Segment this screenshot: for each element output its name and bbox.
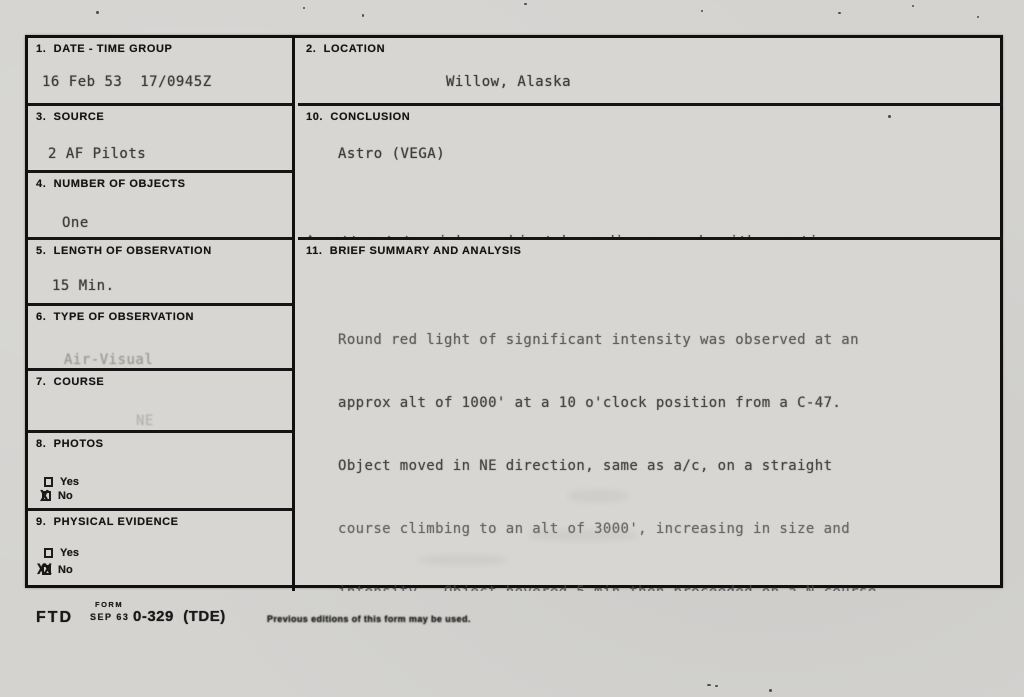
field-source: 3. SOURCE 2 AF Pilots bbox=[28, 106, 295, 173]
summary-line: approx alt of 1000' at a 10 o'clock posi… bbox=[338, 393, 885, 414]
scanned-report-page: 1. DATE - TIME GROUP 16 Feb 53 17/0945Z … bbox=[0, 0, 1024, 697]
field-conclusion: 10. CONCLUSION Astro (VEGA) An attempt t… bbox=[298, 106, 1003, 240]
scan-speck bbox=[96, 11, 99, 14]
field-label: 6. TYPE OF OBSERVATION bbox=[28, 306, 292, 323]
field-label: 2. LOCATION bbox=[298, 38, 1003, 55]
scan-speck bbox=[769, 689, 772, 692]
report-form-table: 1. DATE - TIME GROUP 16 Feb 53 17/0945Z … bbox=[25, 35, 1003, 588]
physical-evidence-no-checkbox bbox=[42, 565, 51, 575]
scan-speck bbox=[912, 5, 914, 7]
form-word: FORM bbox=[95, 600, 123, 609]
conclusion-note-line: An attempt to pick up object by radio wa… bbox=[306, 232, 871, 240]
brief-summary-text: Round red light of significant intensity… bbox=[338, 288, 885, 591]
field-value: 16 Feb 53 17/0945Z bbox=[42, 74, 212, 90]
photos-yes-checkbox bbox=[44, 477, 53, 487]
form-date: SEP 63 bbox=[90, 612, 129, 622]
field-label: 5. LENGTH OF OBSERVATION bbox=[28, 240, 292, 257]
scan-speck bbox=[707, 684, 711, 686]
scan-bleed-mark bbox=[418, 555, 508, 565]
form-previous-editions-note: Previous editions of this form may be us… bbox=[267, 614, 471, 624]
field-label: 1. DATE - TIME GROUP bbox=[28, 38, 292, 55]
scan-speck bbox=[701, 10, 703, 12]
summary-line: Object moved in NE direction, same as a/… bbox=[338, 456, 885, 477]
physical-evidence-no-label: No bbox=[58, 564, 73, 576]
scan-speck bbox=[524, 3, 527, 5]
scan-bleed-mark bbox=[528, 530, 638, 541]
field-brief-summary: 11. BRIEF SUMMARY AND ANALYSIS Round red… bbox=[298, 240, 1003, 591]
field-label: 9. PHYSICAL EVIDENCE bbox=[28, 511, 292, 528]
field-date-time-group: 1. DATE - TIME GROUP 16 Feb 53 17/0945Z bbox=[28, 38, 295, 106]
field-label: 10. CONCLUSION bbox=[298, 106, 1003, 123]
physical-evidence-yes-option: Yes bbox=[44, 547, 79, 559]
photos-no-option: No bbox=[42, 490, 73, 502]
field-label: 11. BRIEF SUMMARY AND ANALYSIS bbox=[298, 240, 1003, 257]
physical-evidence-yes-label: Yes bbox=[60, 547, 79, 559]
photos-yes-option: Yes bbox=[44, 476, 79, 488]
scan-speck bbox=[977, 16, 979, 18]
scan-speck bbox=[715, 685, 718, 687]
conclusion-value: Astro (VEGA) bbox=[338, 146, 445, 162]
field-number-of-objects: 4. NUMBER OF OBJECTS One bbox=[28, 173, 295, 240]
field-value: NE bbox=[136, 413, 154, 429]
scan-speck bbox=[888, 115, 891, 118]
field-value: Air-Visual bbox=[64, 352, 153, 368]
scan-speck bbox=[838, 12, 841, 14]
form-agency: FTD bbox=[36, 609, 73, 627]
form-number: 0-329 (TDE) bbox=[133, 608, 226, 625]
field-physical-evidence: 9. PHYSICAL EVIDENCE Yes No bbox=[28, 511, 295, 591]
photos-yes-label: Yes bbox=[60, 476, 79, 488]
scan-speck bbox=[303, 7, 305, 9]
summary-line: intensity. Object hovered 5 min then pro… bbox=[338, 582, 885, 591]
summary-line: Round red light of significant intensity… bbox=[338, 330, 885, 351]
field-value: Willow, Alaska bbox=[446, 74, 571, 90]
field-label: 8. PHOTOS bbox=[28, 433, 292, 450]
field-label: 4. NUMBER OF OBJECTS bbox=[28, 173, 292, 190]
physical-evidence-no-option: No bbox=[42, 564, 73, 576]
photos-no-label: No bbox=[58, 490, 73, 502]
conclusion-note: An attempt to pick up object by radio wa… bbox=[306, 190, 871, 240]
field-type-of-observation: 6. TYPE OF OBSERVATION Air-Visual bbox=[28, 306, 295, 371]
field-value: One bbox=[62, 215, 89, 231]
field-photos: 8. PHOTOS Yes No bbox=[28, 433, 295, 511]
field-value: 15 Min. bbox=[52, 278, 115, 294]
field-length-of-observation: 5. LENGTH OF OBSERVATION 15 Min. bbox=[28, 240, 295, 306]
field-label: 3. SOURCE bbox=[28, 106, 292, 123]
photos-no-checkbox bbox=[42, 491, 51, 501]
scan-bleed-mark bbox=[568, 490, 628, 502]
scan-speck bbox=[362, 14, 364, 17]
form-footer: FTD FORM SEP 63 0-329 (TDE) Previous edi… bbox=[0, 596, 1024, 641]
field-course: 7. COURSE NE bbox=[28, 371, 295, 433]
physical-evidence-yes-checkbox bbox=[44, 548, 53, 558]
field-value: 2 AF Pilots bbox=[48, 146, 146, 162]
field-label: 7. COURSE bbox=[28, 371, 292, 388]
field-location: 2. LOCATION Willow, Alaska bbox=[298, 38, 1003, 106]
